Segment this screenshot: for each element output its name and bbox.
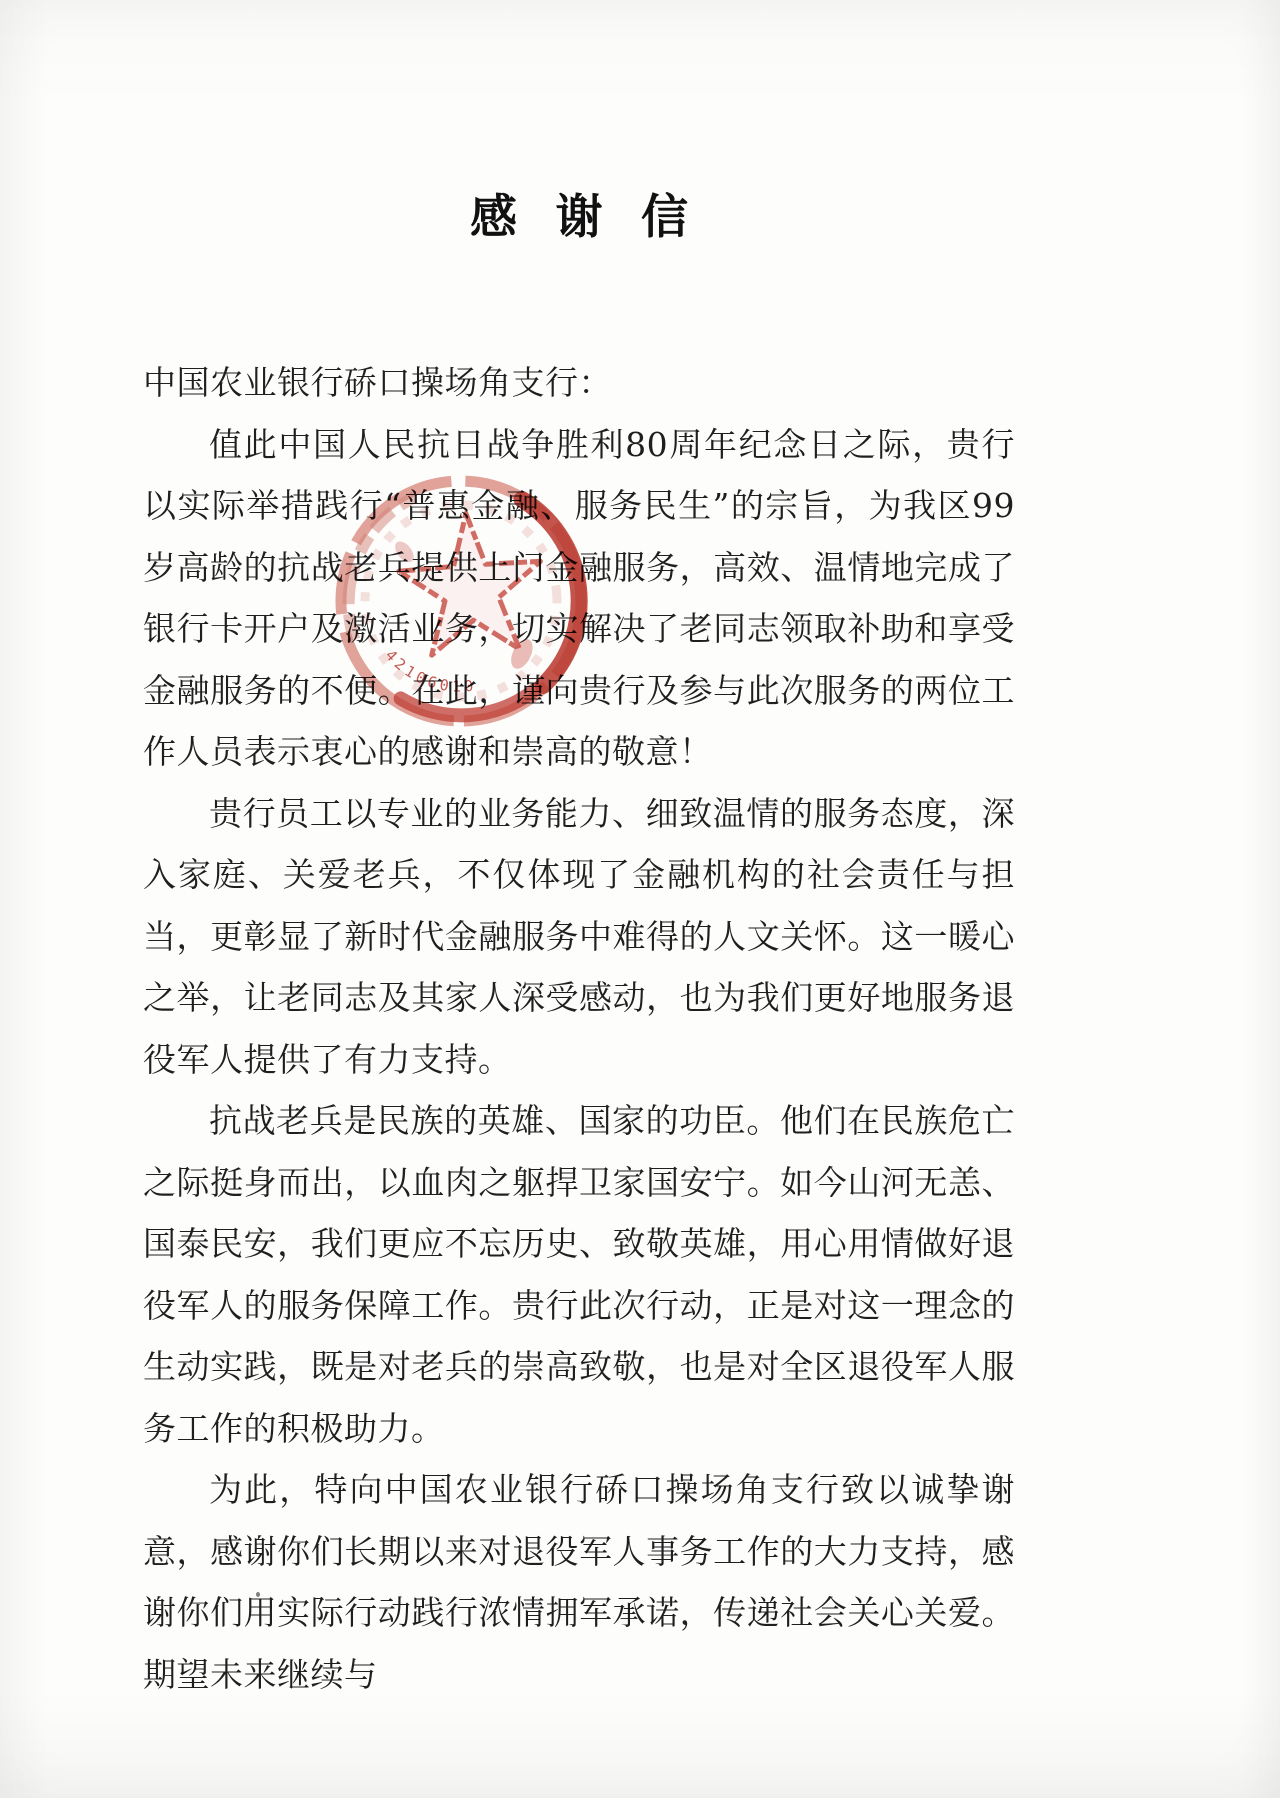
- letter-paragraph-3: 抗战老兵是民族的英雄、国家的功臣。他们在民族危亡之际挺身而出，以血肉之躯捍卫家国…: [143, 1090, 1015, 1459]
- letter-paragraph-4: 为此，特向中国农业银行硚口操场角支行致以诚挚谢意，感谢你们长期以来对退役军人事务…: [143, 1459, 1015, 1705]
- letter-body: 中国农业银行硚口操场角支行： 值此中国人民抗日战争胜利80周年纪念日之际，贵行以…: [143, 352, 1015, 1705]
- scan-speck: [256, 1592, 260, 1597]
- letter-page: 感谢信 中国农业银行硚口操场角支行： 值此中国人民抗日战争胜利80周年纪念日之际…: [0, 0, 1280, 1798]
- letter-paragraph-1: 值此中国人民抗日战争胜利80周年纪念日之际，贵行以实际举措践行“普惠金融、服务民…: [143, 414, 1015, 783]
- letter-paragraph-2: 贵行员工以专业的业务能力、细致温情的服务态度，深入家庭、关爱老兵，不仅体现了金融…: [143, 783, 1015, 1091]
- letter-title: 感谢信: [143, 180, 1015, 247]
- salutation: 中国农业银行硚口操场角支行：: [143, 352, 1015, 414]
